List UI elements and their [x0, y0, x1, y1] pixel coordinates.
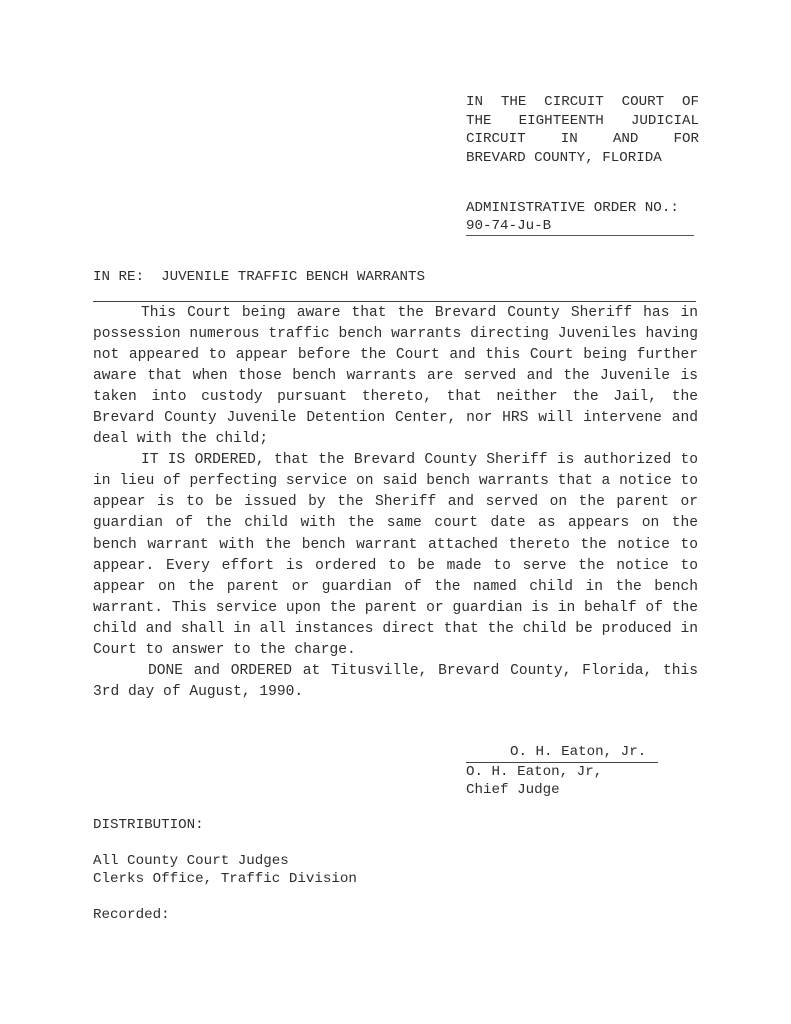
- caption-line: THE EIGHTEENTH JUDICIAL: [466, 112, 699, 131]
- ordered-paragraph: IT IS ORDERED, that the Brevard County S…: [93, 450, 698, 660]
- judge-name: O. H. Eaton, Jr,: [466, 763, 658, 782]
- done-and-ordered-paragraph: DONE and ORDERED at Titusville, Brevard …: [93, 661, 698, 703]
- distribution-block: DISTRIBUTION: All County Court Judges Cl…: [93, 816, 357, 924]
- recorded-label: Recorded:: [93, 906, 357, 924]
- order-body: This Court being aware that the Brevard …: [93, 303, 698, 703]
- order-label: ADMINISTRATIVE ORDER NO.:: [466, 199, 694, 218]
- judge-title: Chief Judge: [466, 781, 658, 800]
- caption-line: IN THE CIRCUIT COURT OF: [466, 93, 699, 112]
- document-page: IN THE CIRCUIT COURT OF THE EIGHTEENTH J…: [0, 0, 791, 1024]
- separator-line: [93, 301, 696, 302]
- caption-line: CIRCUIT IN AND FOR: [466, 130, 699, 149]
- distribution-recipient: All County Court Judges: [93, 852, 357, 870]
- signature-block: O. H. Eaton, Jr. O. H. Eaton, Jr, Chief …: [466, 743, 658, 800]
- distribution-recipient: Clerks Office, Traffic Division: [93, 870, 357, 888]
- whereas-paragraph: This Court being aware that the Brevard …: [93, 303, 698, 450]
- court-caption: IN THE CIRCUIT COURT OF THE EIGHTEENTH J…: [466, 93, 699, 167]
- order-number: 90-74-Ju-B: [466, 218, 694, 236]
- caption-line: BREVARD COUNTY, FLORIDA: [466, 149, 699, 168]
- distribution-heading: DISTRIBUTION:: [93, 816, 357, 834]
- in-re-heading: IN RE: JUVENILE TRAFFIC BENCH WARRANTS: [93, 268, 425, 286]
- administrative-order: ADMINISTRATIVE ORDER NO.: 90-74-Ju-B: [466, 199, 694, 236]
- signature-line: O. H. Eaton, Jr.: [466, 743, 658, 763]
